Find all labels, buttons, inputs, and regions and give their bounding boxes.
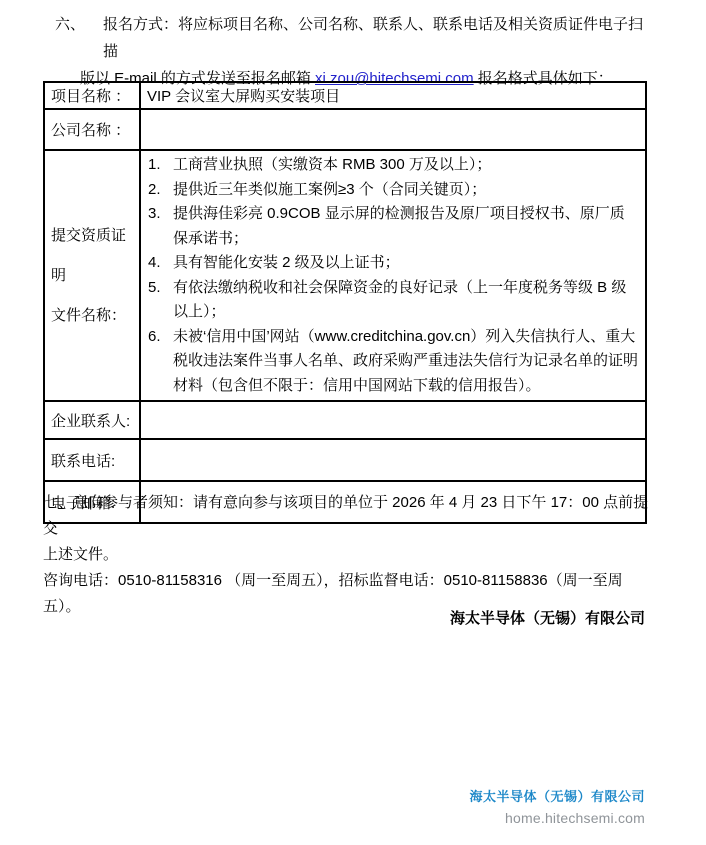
company-name-field bbox=[140, 109, 646, 150]
company-signature: 海太半导体（无锡）有限公司 bbox=[450, 609, 645, 629]
table-row-phone: 联系电话: bbox=[44, 439, 646, 481]
list-item: 提供海佳彩亮 0.9COB 显示屏的检测报告及原厂项目授权书、原厂质保承诺书； bbox=[147, 202, 639, 251]
documents-list-cell: 工商营业执照（实缴资本 RMB 300 万及以上）； 提供近三年类似施工案例≥3… bbox=[140, 150, 646, 401]
notice-line-2: 上述文件。 bbox=[43, 542, 658, 568]
section-number: 六、 bbox=[55, 11, 103, 65]
list-item: 未被‘信用中国’网站（www.creditchina.gov.cn）列入失信执行… bbox=[147, 325, 639, 399]
document-page: 六、 报名方式：将应标项目名称、公司名称、联系人、联系电话及相关资质证件电子扫描… bbox=[0, 0, 706, 845]
phone-label: 联系电话: bbox=[44, 439, 140, 481]
notice-line-1: 七、意向参与者须知：请有意向参与该项目的单位于 2026 年 4 月 23 日下… bbox=[43, 490, 658, 542]
list-item: 具有智能化安装 2 级及以上证书； bbox=[147, 251, 639, 276]
table-row-project-name: 项目名称 ： VIP 会议室大屏购买安装项目 bbox=[44, 82, 646, 109]
registration-method-paragraph: 六、 报名方式：将应标项目名称、公司名称、联系人、联系电话及相关资质证件电子扫描… bbox=[55, 11, 651, 92]
documents-label-line-2: 文件名称： bbox=[51, 296, 133, 336]
project-name-value: VIP 会议室大屏购买安装项目 bbox=[140, 82, 646, 109]
paragraph-line-1: 六、 报名方式：将应标项目名称、公司名称、联系人、联系电话及相关资质证件电子扫描 bbox=[55, 11, 651, 65]
table-row-contact-person: 企业联系人: bbox=[44, 401, 646, 439]
list-item: 提供近三年类似施工案例≥3 个（合同关键页）； bbox=[147, 178, 639, 203]
list-item: 工商营业执照（实缴资本 RMB 300 万及以上）； bbox=[147, 153, 639, 178]
contact-person-field bbox=[140, 401, 646, 439]
table-row-qualification-documents: 提交资质证明 文件名称： 工商营业执照（实缴资本 RMB 300 万及以上）； … bbox=[44, 150, 646, 401]
footer-website: home.hitechsemi.com bbox=[469, 809, 645, 827]
participant-notice-paragraph: 七、意向参与者须知：请有意向参与该项目的单位于 2026 年 4 月 23 日下… bbox=[43, 490, 658, 620]
list-item: 有依法缴纳税收和社会保障资金的良好记录（上一年度税务等级 B 级以上）； bbox=[147, 276, 639, 325]
registration-form-table: 项目名称 ： VIP 会议室大屏购买安装项目 公司名称 ： 提交资质证明 文件名… bbox=[43, 81, 647, 524]
qualification-documents-list: 工商营业执照（实缴资本 RMB 300 万及以上）； 提供近三年类似施工案例≥3… bbox=[147, 153, 639, 398]
registration-method-text: 报名方式：将应标项目名称、公司名称、联系人、联系电话及相关资质证件电子扫描 bbox=[103, 11, 651, 65]
table-row-company-name: 公司名称 ： bbox=[44, 109, 646, 150]
company-name-label: 公司名称 ： bbox=[44, 109, 140, 150]
documents-label-line-1: 提交资质证明 bbox=[51, 216, 133, 296]
footer-company-name: 海太半导体（无锡）有限公司 bbox=[469, 787, 645, 806]
project-name-label: 项目名称 ： bbox=[44, 82, 140, 109]
contact-person-label: 企业联系人: bbox=[44, 401, 140, 439]
phone-field bbox=[140, 439, 646, 481]
documents-label: 提交资质证明 文件名称： bbox=[44, 150, 140, 401]
page-footer: 海太半导体（无锡）有限公司 home.hitechsemi.com bbox=[469, 787, 645, 827]
